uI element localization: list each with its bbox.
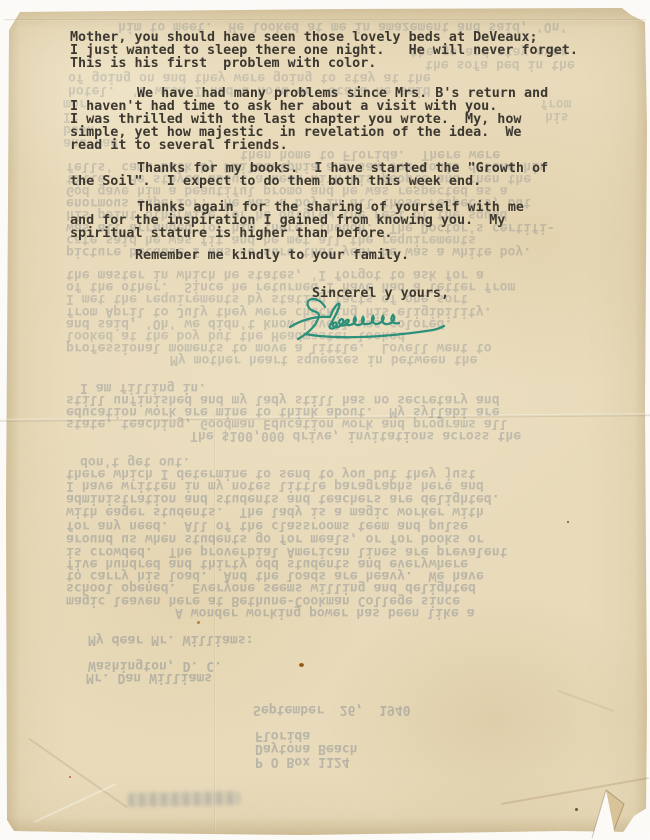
bleedthrough-line: of going on and they were going to stay … — [68, 71, 431, 83]
bleedthrough-line: I have written in my notes little paragr… — [66, 479, 484, 491]
typed-line: read it to several friends. — [70, 139, 288, 152]
bleedthrough-line: for any need. All of the classrooms teem… — [66, 519, 468, 531]
bleedthrough-line: the sofa bed in the — [425, 58, 575, 70]
bleedthrough-line: P O Box 1124 — [255, 755, 350, 767]
bleedthrough-line: September 26, 1940 — [253, 703, 411, 715]
bleedthrough-line: administration and students and teachers… — [66, 492, 500, 504]
bleedthrough-line: My mother heart squeezes in between the — [170, 353, 477, 365]
typed-line: spiritual stature is higher than before. — [70, 227, 392, 240]
bleedthrough-line: The $100,000 drive, invitations across t… — [190, 429, 521, 441]
bleedthrough-line: Mr. Dan Williams — [86, 671, 212, 683]
bleedthrough-line: his — [545, 110, 569, 122]
bleedthrough-line: My dear Mr. Williams: — [88, 633, 254, 645]
bleedthrough-line: around us when students go for meals, or… — [66, 532, 484, 544]
typed-line: the Soil". I expect to do them both this… — [70, 175, 481, 188]
bleedthrough-line: with eager students. The lady is a magic… — [66, 505, 484, 517]
bleedthrough-line: school opened. Everyone seems willing an… — [66, 581, 476, 593]
bleedthrough-line: Daytona Beach — [255, 742, 357, 754]
scanned-letter-image: him to meet. He looked at me in amazemen… — [0, 0, 650, 840]
typed-line: This is his first problem with color. — [70, 57, 376, 70]
bleedthrough-line: Florida — [255, 729, 310, 741]
typed-line: Remember me kindly to your family. — [135, 249, 409, 262]
florence-signature: Florence — [283, 293, 455, 351]
illegible-stamp-smudge — [128, 791, 240, 807]
bleedthrough-line: A wonder working power has been like a — [175, 606, 475, 618]
